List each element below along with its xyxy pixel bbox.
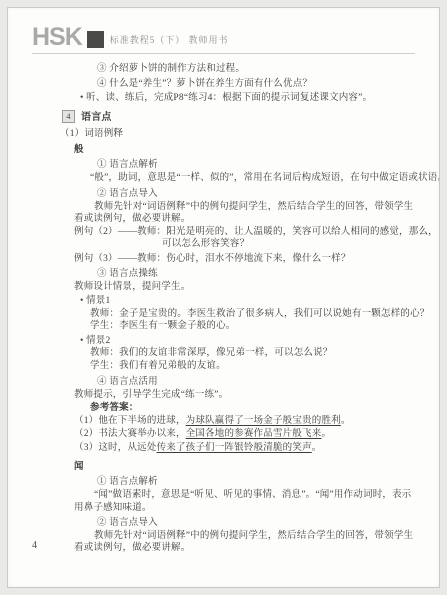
text-segment: （1）他在下半场的进球， <box>74 416 186 426</box>
text-segment: 看或读例句，做必要讲解。 <box>74 543 190 553</box>
text-segment: 教师：金子是宝贵的。李医生救治了很多病人，我们可以说她有一颗怎样的心？ <box>90 309 430 319</box>
document-lines: ③ 介绍萝卜饼的制作方法和过程。④ 什么是“养生”？萝卜饼在养生方面有什么优点？… <box>8 54 439 555</box>
text-line: 般 <box>74 144 415 157</box>
text-line: 学生：李医生有一颗金子般的心。 <box>90 320 415 333</box>
text-line: （1）他在下半场的进球，为球队赢得了一场金子般宝贵的胜利。 <box>74 415 415 428</box>
text-line: 教师提示，引导学生完成“练一练”。 <box>74 389 415 402</box>
text-segment: 用鼻子感知味道。 <box>74 503 152 513</box>
underlined-text: 为球队赢得了一场金子般宝贵的胜利 <box>186 416 341 426</box>
text-segment: ④ 语言点活用 <box>97 377 158 387</box>
text-line: “闻”做语素时，意思是“听见、听见的事情、消息”。“闻”用作动词时，表示 <box>94 489 415 502</box>
page: HSK 标准教程5（下） 教师用书 ③ 介绍萝卜饼的制作方法和过程。④ 什么是“… <box>7 7 440 588</box>
text-segment: 。 <box>341 416 351 426</box>
text-segment: 例句（2）——教师：阳光是明亮的、让人温暖的，笑容可以给人相同的感觉，那么， <box>74 227 438 237</box>
text-segment: 教师提示，引导学生完成“练一练”。 <box>74 390 228 400</box>
text-line: 教师：金子是宝贵的。李医生救治了很多病人，我们可以说她有一颗怎样的心？ <box>90 308 415 321</box>
text-segment: • 情景1 <box>80 296 110 306</box>
text-line: 闻 <box>74 461 415 474</box>
text-segment: 教师先针对“词语例释”中的例句提问学生，然后结合学生的回答，带领学生 <box>94 531 413 541</box>
page-header: HSK 标准教程5（下） 教师用书 <box>32 26 415 54</box>
text-segment: 闻 <box>74 462 84 472</box>
text-segment: ② 语言点导入 <box>97 518 158 528</box>
page-number: 4 <box>32 540 37 551</box>
hsk-logo: HSK <box>32 26 82 48</box>
text-segment: 。 <box>312 443 322 453</box>
text-segment: ③ 语言点操练 <box>97 269 158 279</box>
text-segment: ② 语言点导入 <box>97 189 158 199</box>
text-segment: 般 <box>74 145 84 155</box>
text-line: 参考答案： <box>90 402 415 415</box>
text-line: 教师先针对“词语例释”中的例句提问学生，然后结合学生的回答，带领学生 <box>94 530 415 543</box>
text-segment: 教师：我们的友谊非常深厚，像兄弟一样，可以怎么说？ <box>90 348 333 358</box>
text-segment: ① 语言点解析 <box>97 160 158 170</box>
text-line: 例句（3）——教师：伤心时，泪水不停地流下来，像什么一样？ <box>74 253 415 266</box>
logo-square-icon <box>87 31 104 48</box>
text-segment: ③ 介绍萝卜饼的制作方法和过程。 <box>97 64 245 74</box>
text-line: • 听、读、练后，完成P8“练习4：根据下面的提示词复述课文内容”。 <box>80 92 415 105</box>
text-segment: 例句（3）——教师：伤心时，泪水不停地流下来，像什么一样？ <box>74 254 351 264</box>
text-segment: 教师设计情景，提问学生。 <box>74 282 190 292</box>
underlined-text: 传来了孩子们一阵银铃般清脆的笑声 <box>157 443 312 453</box>
text-line: ① 语言点解析 <box>97 476 415 489</box>
text-segment: 。 <box>321 429 331 439</box>
text-segment: • 情景2 <box>80 336 110 346</box>
section-title: 语言点 <box>81 112 112 123</box>
text-line: ③ 介绍萝卜饼的制作方法和过程。 <box>97 63 415 76</box>
text-line: “般”，助词，意思是“一样、似的”，常用在名词后构成短语，在句中做定语或状语。 <box>90 172 415 185</box>
text-segment: 学生：我们有着兄弟般的友谊。 <box>90 361 226 371</box>
text-segment: “闻”做语素时，意思是“听见、听见的事情、消息”。“闻”用作动词时，表示 <box>94 490 412 500</box>
text-line: 看或读例句，做必要讲解。 <box>74 542 415 555</box>
text-segment: 看或读例句，做必要讲解。 <box>74 214 190 224</box>
text-line: ④ 什么是“养生”？萝卜饼在养生方面有什么优点？ <box>97 78 415 91</box>
header-title: 标准教程5（下） 教师用书 <box>110 33 229 48</box>
text-line: • 情景1 <box>80 295 415 308</box>
text-line: （3）这时，从远处传来了孩子们一阵银铃般清脆的笑声。 <box>74 442 415 455</box>
text-segment: ① 语言点解析 <box>97 477 158 487</box>
text-line: 可以怎么形容笑容？ <box>162 238 415 251</box>
text-line: （1）词语例释 <box>60 128 415 141</box>
text-line: ③ 语言点操练 <box>97 268 415 281</box>
text-line: ② 语言点导入 <box>97 188 415 201</box>
text-line: 学生：我们有着兄弟般的友谊。 <box>90 360 415 373</box>
text-line: ② 语言点导入 <box>97 517 415 530</box>
text-line: 教师设计情景，提问学生。 <box>74 281 415 294</box>
text-segment: 学生：李医生有一颗金子般的心。 <box>90 321 236 331</box>
text-line: 教师：我们的友谊非常深厚，像兄弟一样，可以怎么说？ <box>90 347 415 360</box>
underlined-text: 全国各地的参赛作品雪片般飞来 <box>186 429 322 439</box>
text-line: ① 语言点解析 <box>97 159 415 172</box>
section-number-badge: 4 <box>62 110 75 123</box>
text-line: 看或读例句，做必要讲解。 <box>74 213 415 226</box>
text-segment: （3）这时，从远处 <box>74 443 157 453</box>
text-segment: 可以怎么形容笑容？ <box>162 239 249 249</box>
text-segment: ④ 什么是“养生”？萝卜饼在养生方面有什么优点？ <box>97 79 312 89</box>
text-segment: （2）书法大赛举办以来， <box>74 429 186 439</box>
text-segment: “般”，助词，意思是“一样、似的”，常用在名词后构成短语，在句中做定语或状语。 <box>90 173 440 183</box>
text-line: 教师先针对“词语例释”中的例句提问学生，然后结合学生的回答，带领学生 <box>94 201 415 214</box>
section-heading: 4语言点 <box>62 112 415 125</box>
text-line: （2）书法大赛举办以来，全国各地的参赛作品雪片般飞来。 <box>74 428 415 441</box>
text-segment: （1）词语例释 <box>60 129 123 139</box>
text-segment: 参考答案： <box>90 403 139 413</box>
text-line: 例句（2）——教师：阳光是明亮的、让人温暖的，笑容可以给人相同的感觉，那么， <box>74 226 415 239</box>
text-segment: 教师先针对“词语例释”中的例句提问学生，然后结合学生的回答，带领学生 <box>94 202 413 212</box>
text-line: ④ 语言点活用 <box>97 376 415 389</box>
text-line: 用鼻子感知味道。 <box>74 502 415 515</box>
text-line: • 情景2 <box>80 335 415 348</box>
text-segment: • 听、读、练后，完成P8“练习4：根据下面的提示词复述课文内容”。 <box>80 93 372 103</box>
